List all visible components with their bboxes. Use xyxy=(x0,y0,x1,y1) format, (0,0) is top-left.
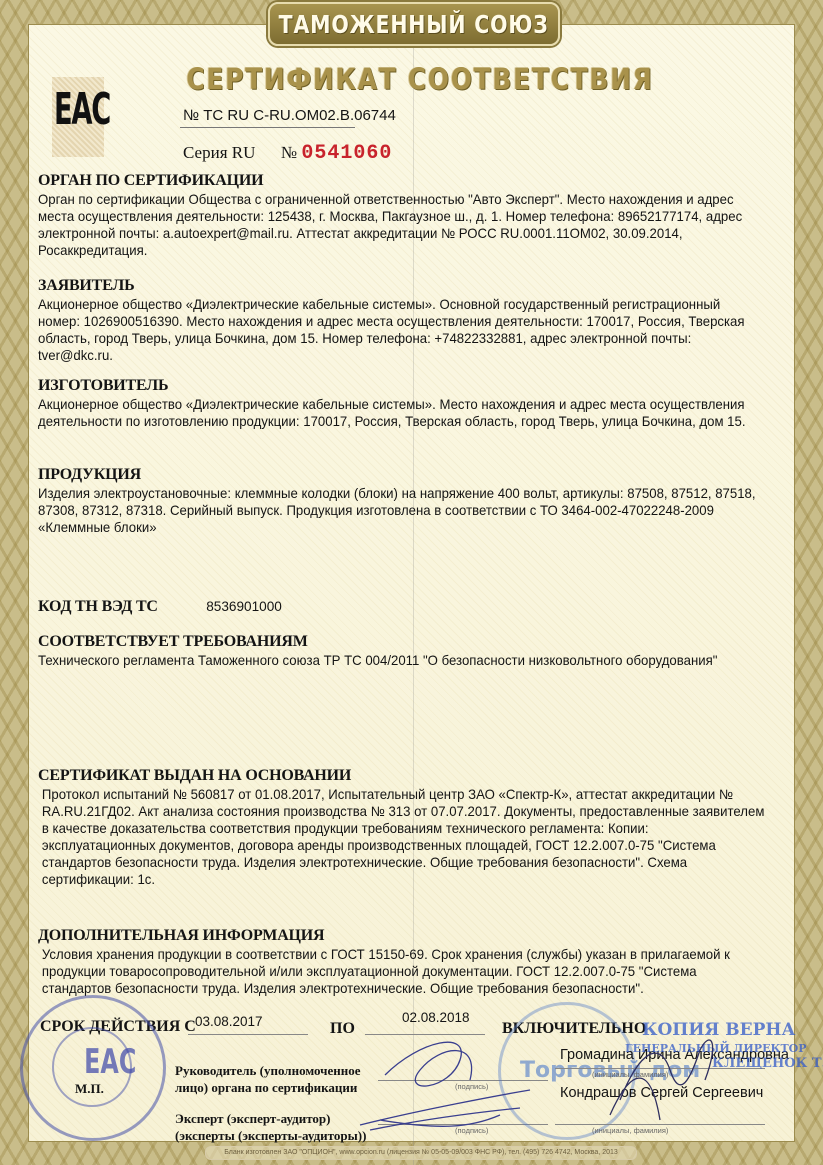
expert-signature-icon xyxy=(360,1090,530,1130)
head-signature-icon xyxy=(385,1042,472,1086)
copy-signature-icon xyxy=(610,1040,713,1120)
footer-printer-info: Бланк изготовлен ЗАО "ОПЦИОН", www.opcio… xyxy=(205,1146,637,1160)
signature-scribbles xyxy=(0,0,823,1165)
